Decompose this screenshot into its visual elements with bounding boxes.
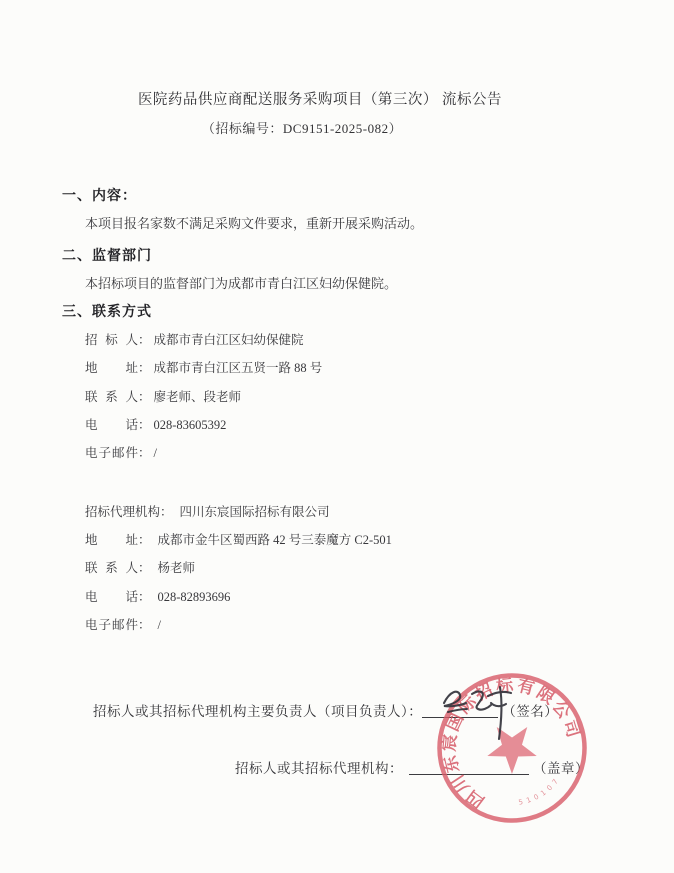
tenderer-row-phone: 电话：028-83605392	[85, 418, 226, 434]
row-label: 电话	[85, 418, 138, 434]
row-label: 招标代理机构	[85, 505, 160, 521]
tenderer-row-email: 电子邮件：/	[85, 446, 157, 462]
colon: ：	[138, 333, 151, 347]
signature-line2-suffix: （盖章）	[533, 761, 589, 776]
row-label: 地址	[85, 361, 138, 377]
signature-line-organization: 招标人或其招标代理机构：（盖章）	[235, 761, 589, 778]
svg-text:四川东宸国际招标有限公司: 四川东宸国际招标有限公司	[426, 662, 590, 817]
row-value: 028-83605392	[154, 418, 227, 432]
signature-line2-label: 招标人或其招标代理机构：	[235, 761, 403, 776]
tender-number: （招标编号：DC9151-2025-082）	[0, 121, 604, 137]
agency-row-phone: 电话：028-82893696	[85, 590, 230, 606]
signature-blank	[422, 704, 498, 718]
row-label: 地址	[85, 533, 138, 549]
announcement-page: 医院药品供应商配送服务采购项目（第三次） 流标公告 （招标编号：DC9151-2…	[0, 0, 674, 873]
section-body-content: 本项目报名家数不满足采购文件要求，重新开展采购活动。	[85, 216, 423, 232]
signature-line1-suffix: （签名）	[502, 704, 558, 719]
colon: ：	[138, 590, 151, 604]
seal-blank	[409, 761, 529, 775]
agency-row-name: 招标代理机构：四川东宸国际招标有限公司	[85, 505, 330, 521]
colon: ：	[138, 533, 151, 547]
row-value: 成都市金牛区蜀西路 42 号三泰魔方 C2-501	[158, 533, 392, 547]
colon: ：	[138, 418, 151, 432]
company-seal-stamp: 四川东宸国际招标有限公司 510107	[426, 662, 598, 834]
colon: ：	[138, 618, 151, 632]
colon: ：	[138, 446, 151, 460]
section-heading-contacts: 三、联系方式	[62, 304, 152, 322]
section-heading-content: 一、内容：	[62, 188, 137, 206]
section-heading-supervisor: 二、监督部门	[62, 248, 152, 266]
signature-line1-label: 招标人或其招标代理机构主要负责人（项目负责人）：	[93, 704, 422, 719]
row-value: /	[158, 618, 161, 632]
row-value: 成都市青白江区五贤一路 88 号	[154, 361, 323, 375]
signature-line-responsible: 招标人或其招标代理机构主要负责人（项目负责人）：（签名）	[93, 704, 558, 721]
row-label: 电子邮件	[85, 446, 138, 462]
row-value: 廖老师、段老师	[154, 390, 242, 404]
tenderer-row-contact-person: 联系人：廖老师、段老师	[85, 390, 241, 406]
colon: ：	[138, 390, 151, 404]
colon: ：	[160, 505, 173, 519]
agency-row-contact-person: 联系人：杨老师	[85, 561, 195, 577]
seal-company-text: 四川东宸国际招标有限公司	[426, 662, 590, 817]
row-label: 电话	[85, 590, 138, 606]
agency-row-email: 电子邮件：/	[85, 618, 161, 634]
colon: ：	[138, 361, 151, 375]
row-value: 杨老师	[158, 561, 196, 575]
row-label: 招标人	[85, 333, 138, 349]
row-label: 联系人	[85, 390, 138, 406]
colon: ：	[138, 561, 151, 575]
tenderer-row-address: 地址：成都市青白江区五贤一路 88 号	[85, 361, 322, 377]
tenderer-row-name: 招标人：成都市青白江区妇幼保健院	[85, 333, 304, 349]
row-value: 028-82893696	[158, 590, 231, 604]
row-label: 电子邮件	[85, 618, 138, 634]
page-title: 医院药品供应商配送服务采购项目（第三次） 流标公告	[0, 91, 640, 109]
seal-ring	[426, 662, 598, 834]
row-label: 联系人	[85, 561, 138, 577]
agency-row-address: 地址：成都市金牛区蜀西路 42 号三泰魔方 C2-501	[85, 533, 392, 549]
row-value: 成都市青白江区妇幼保健院	[154, 333, 304, 347]
row-value: /	[154, 446, 157, 460]
section-body-supervisor: 本招标项目的监督部门为成都市青白江区妇幼保健院。	[85, 276, 397, 292]
row-value: 四川东宸国际招标有限公司	[180, 505, 330, 519]
